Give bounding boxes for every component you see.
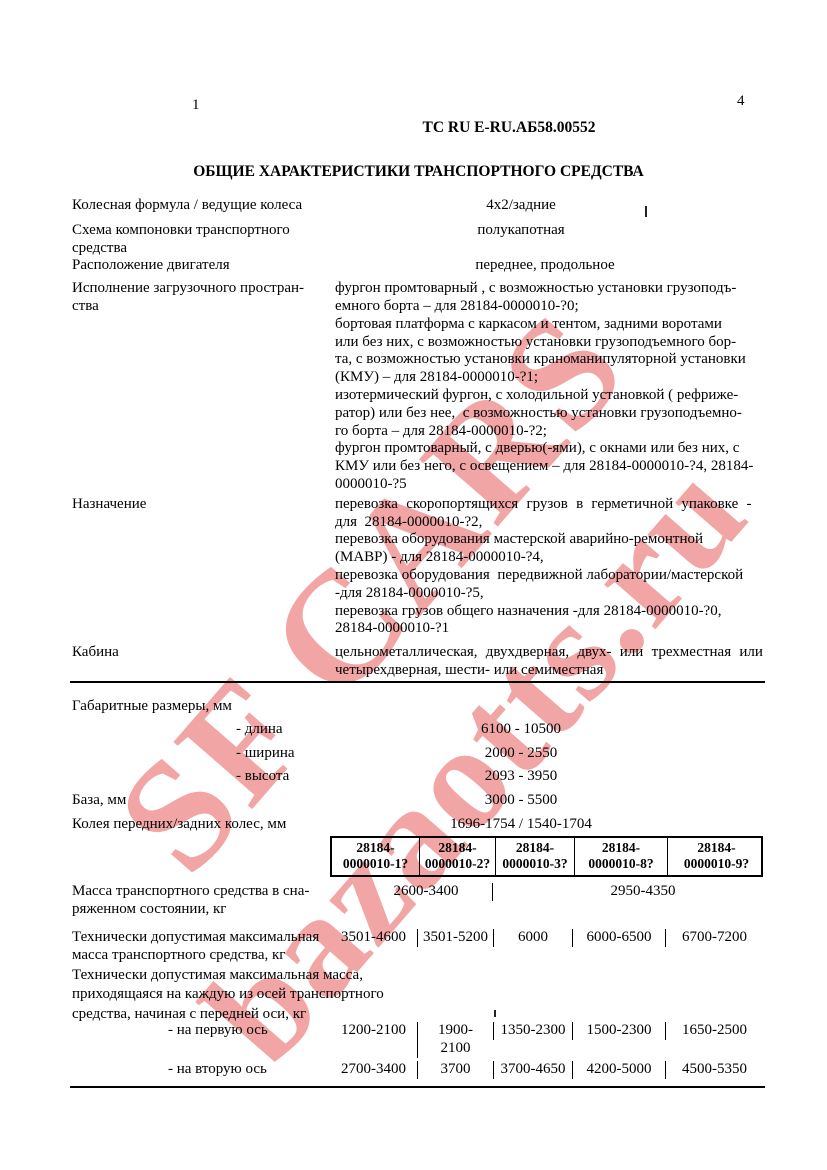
- dimension-value: 6100 - 10500: [335, 721, 707, 739]
- approval-number: ТС RU Е-RU.АБ58.00552: [253, 119, 765, 137]
- dimension-label: - высота: [72, 768, 335, 786]
- row-label: - на первую ось: [72, 1022, 330, 1040]
- dimension-row-width: - ширина 2000 - 2550: [72, 745, 765, 763]
- dimension-value: 3000 - 5500: [335, 792, 707, 810]
- field-label-line: ства: [72, 298, 335, 316]
- value-line: 28184-0000010-?1: [335, 620, 765, 638]
- value-line: изотермический фургон, с холодильной уст…: [335, 387, 765, 405]
- row-label: Технически допустимая максимальная масса…: [72, 929, 330, 965]
- table-cell: 3501-5200: [417, 929, 493, 947]
- field-label-line: Исполнение загрузочного простран-: [72, 280, 335, 298]
- field-value: переднее, продольное: [335, 257, 755, 275]
- table-cell: 3501-4600: [330, 929, 417, 947]
- variant-column-header: 28184- 0000010-3?: [495, 838, 574, 875]
- table-cell: 3700-4650: [493, 1061, 572, 1079]
- field-label: Исполнение загрузочного простран- ства: [72, 280, 335, 316]
- field-row-cargo-space: Исполнение загрузочного простран- ства ф…: [72, 280, 765, 494]
- table-cell: 2950-4350: [493, 883, 763, 901]
- dimension-label: - длина: [72, 721, 335, 739]
- row-label: - на вторую ось: [72, 1061, 330, 1079]
- value-line: фургон промтоварный , с возможностью уст…: [335, 280, 765, 298]
- value-line: КМУ или без него, с освещением – для 281…: [335, 458, 765, 476]
- value-line: емного борта – для 28184-0000010-?0;: [335, 298, 765, 316]
- field-label-line: Схема компоновки транспортного: [72, 222, 335, 240]
- variant-column-header: 28184- 0000010-8?: [574, 838, 667, 875]
- value-line: перевозка оборудования мастерской аварий…: [335, 531, 765, 549]
- field-row-cab: Кабина цельнометаллическая, двухдверная,…: [72, 644, 765, 680]
- value-line: бортовая платформа с каркасом и тентом, …: [335, 316, 765, 334]
- field-row-engine-location: Расположение двигателя переднее, продоль…: [72, 257, 765, 275]
- field-value-block: перевозка скоропортящихся грузов в герме…: [335, 496, 765, 638]
- dimension-row-track: Колея передних/задних колес, мм 1696-175…: [72, 816, 765, 834]
- section-divider: [70, 681, 765, 683]
- dimension-row-height: - высота 2093 - 3950: [72, 768, 765, 786]
- field-value-block: фургон промтоварный , с возможностью уст…: [335, 280, 765, 494]
- variant-column-header: 28184- 0000010-2?: [419, 838, 495, 875]
- dimension-value: 2093 - 3950: [335, 768, 707, 786]
- dimension-value: 1696-1754 / 1540-1704: [335, 816, 707, 834]
- dimension-value: 2000 - 2550: [335, 745, 707, 763]
- dimensions-heading: Габаритные размеры, мм: [72, 697, 765, 715]
- value-line: перевозка грузов общего назначения -для …: [335, 603, 765, 621]
- value-line: фургон промтоварный, с дверью(-ями), с о…: [335, 440, 765, 458]
- row-label-line: Технически допустимая максимальная: [72, 929, 330, 947]
- table-row-curb-weight: Масса транспортного средства в сна- ряже…: [72, 883, 765, 929]
- value-line: та, с возможностью установки краноманипу…: [335, 351, 765, 369]
- table-cell: 6000: [493, 929, 572, 947]
- field-value: 4х2/задние: [335, 197, 707, 215]
- field-row-wheel-formula: Колесная формула / ведущие колеса 4х2/за…: [72, 197, 765, 215]
- variant-column-header: 28184- 0000010-1?: [332, 838, 419, 875]
- dimension-label: - ширина: [72, 745, 335, 763]
- table-cell: 3700: [417, 1061, 493, 1079]
- field-value-block: цельнометаллическая, двухдверная, двух- …: [335, 644, 765, 680]
- dimension-row-wheelbase: База, мм 3000 - 5500: [72, 792, 765, 810]
- value-line: перевозка скоропортящихся грузов в герме…: [335, 496, 765, 514]
- variants-table-header: 28184- 0000010-1? 28184- 0000010-2? 2818…: [330, 836, 763, 877]
- table-cell: 1900- 2100: [417, 1022, 493, 1058]
- table-row-second-axle: - на вторую ось 2700-3400 3700 3700-4650…: [72, 1061, 765, 1083]
- value-line: перевозка оборудования передвижной лабор…: [335, 567, 765, 585]
- field-label: Расположение двигателя: [72, 257, 335, 275]
- value-line: для 28184-0000010-?2,: [335, 514, 765, 532]
- value-line: 0000010-?5: [335, 476, 765, 494]
- table-cell: 1200-2100: [330, 1022, 417, 1040]
- row-label-line: масса транспортного средства, кг: [72, 947, 330, 965]
- dimension-label: База, мм: [72, 792, 335, 810]
- axle-load-note: Технически допустимая максимальная масса…: [72, 966, 765, 1025]
- field-value: полукапотная: [335, 222, 707, 240]
- table-cell: 2600-3400: [330, 883, 493, 901]
- document-content: ТС RU Е-RU.АБ58.00552 ОБЩИЕ ХАРАКТЕРИСТИ…: [72, 0, 765, 1088]
- dimension-row-length: - длина 6100 - 10500: [72, 721, 765, 739]
- table-cell: 6700-7200: [665, 929, 763, 947]
- bottom-divider: [70, 1086, 765, 1088]
- table-cell: 1500-2300: [572, 1022, 665, 1040]
- dimension-label: Колея передних/задних колес, мм: [72, 816, 335, 834]
- field-label-line: средства: [72, 240, 335, 258]
- field-label: Кабина: [72, 644, 335, 662]
- value-line: или без них, с возможностью установки гр…: [335, 334, 765, 352]
- value-line: го борта – для 28184-0000010-?2;: [335, 423, 765, 441]
- table-row-max-weight: Технически допустимая максимальная масса…: [72, 929, 765, 966]
- table-cell: 1350-2300: [493, 1022, 572, 1040]
- value-line: четырехдверная, шести- или семиместная: [335, 662, 765, 680]
- table-cell: 4200-5000: [572, 1061, 665, 1079]
- field-label: Назначение: [72, 496, 335, 514]
- value-line: ратор) или без нее, с возможностью устан…: [335, 405, 765, 423]
- row-label-line: ряженном состоянии, кг: [72, 901, 330, 919]
- row-label-line: Масса транспортного средства в сна-: [72, 883, 330, 901]
- note-line: Технически допустимая максимальная масса…: [72, 966, 765, 986]
- table-row-first-axle: - на первую ось 1200-2100 1900- 2100 135…: [72, 1022, 765, 1061]
- table-cell: 1650-2500: [665, 1022, 763, 1040]
- variant-column-header: 28184- 0000010-9?: [667, 838, 765, 875]
- row-label: Масса транспортного средства в сна- ряже…: [72, 883, 330, 919]
- table-cell: 4500-5350: [665, 1061, 763, 1079]
- table-cell: 6000-6500: [572, 929, 665, 947]
- field-row-purpose: Назначение перевозка скоропортящихся гру…: [72, 496, 765, 638]
- document-page: SF CARS bazaotts.ru 1 4 ТС RU Е-RU.АБ58.…: [0, 0, 827, 1170]
- note-line: приходящаяся на каждую из осей транспорт…: [72, 985, 765, 1005]
- value-line: (КМУ) – для 28184-0000010-?1;: [335, 369, 765, 387]
- value-line: (МАВР) - для 28184-0000010-?4,: [335, 549, 765, 567]
- field-label: Схема компоновки транспортного средства: [72, 222, 335, 258]
- value-line: цельнометаллическая, двухдверная, двух- …: [335, 644, 765, 662]
- table-cell: 2700-3400: [330, 1061, 417, 1079]
- field-row-layout-scheme: Схема компоновки транспортного средства …: [72, 222, 765, 258]
- document-title: ОБЩИЕ ХАРАКТЕРИСТИКИ ТРАНСПОРТНОГО СРЕДС…: [72, 163, 765, 181]
- value-line: -для 28184-0000010-?5,: [335, 585, 765, 603]
- field-label: Колесная формула / ведущие колеса: [72, 197, 335, 215]
